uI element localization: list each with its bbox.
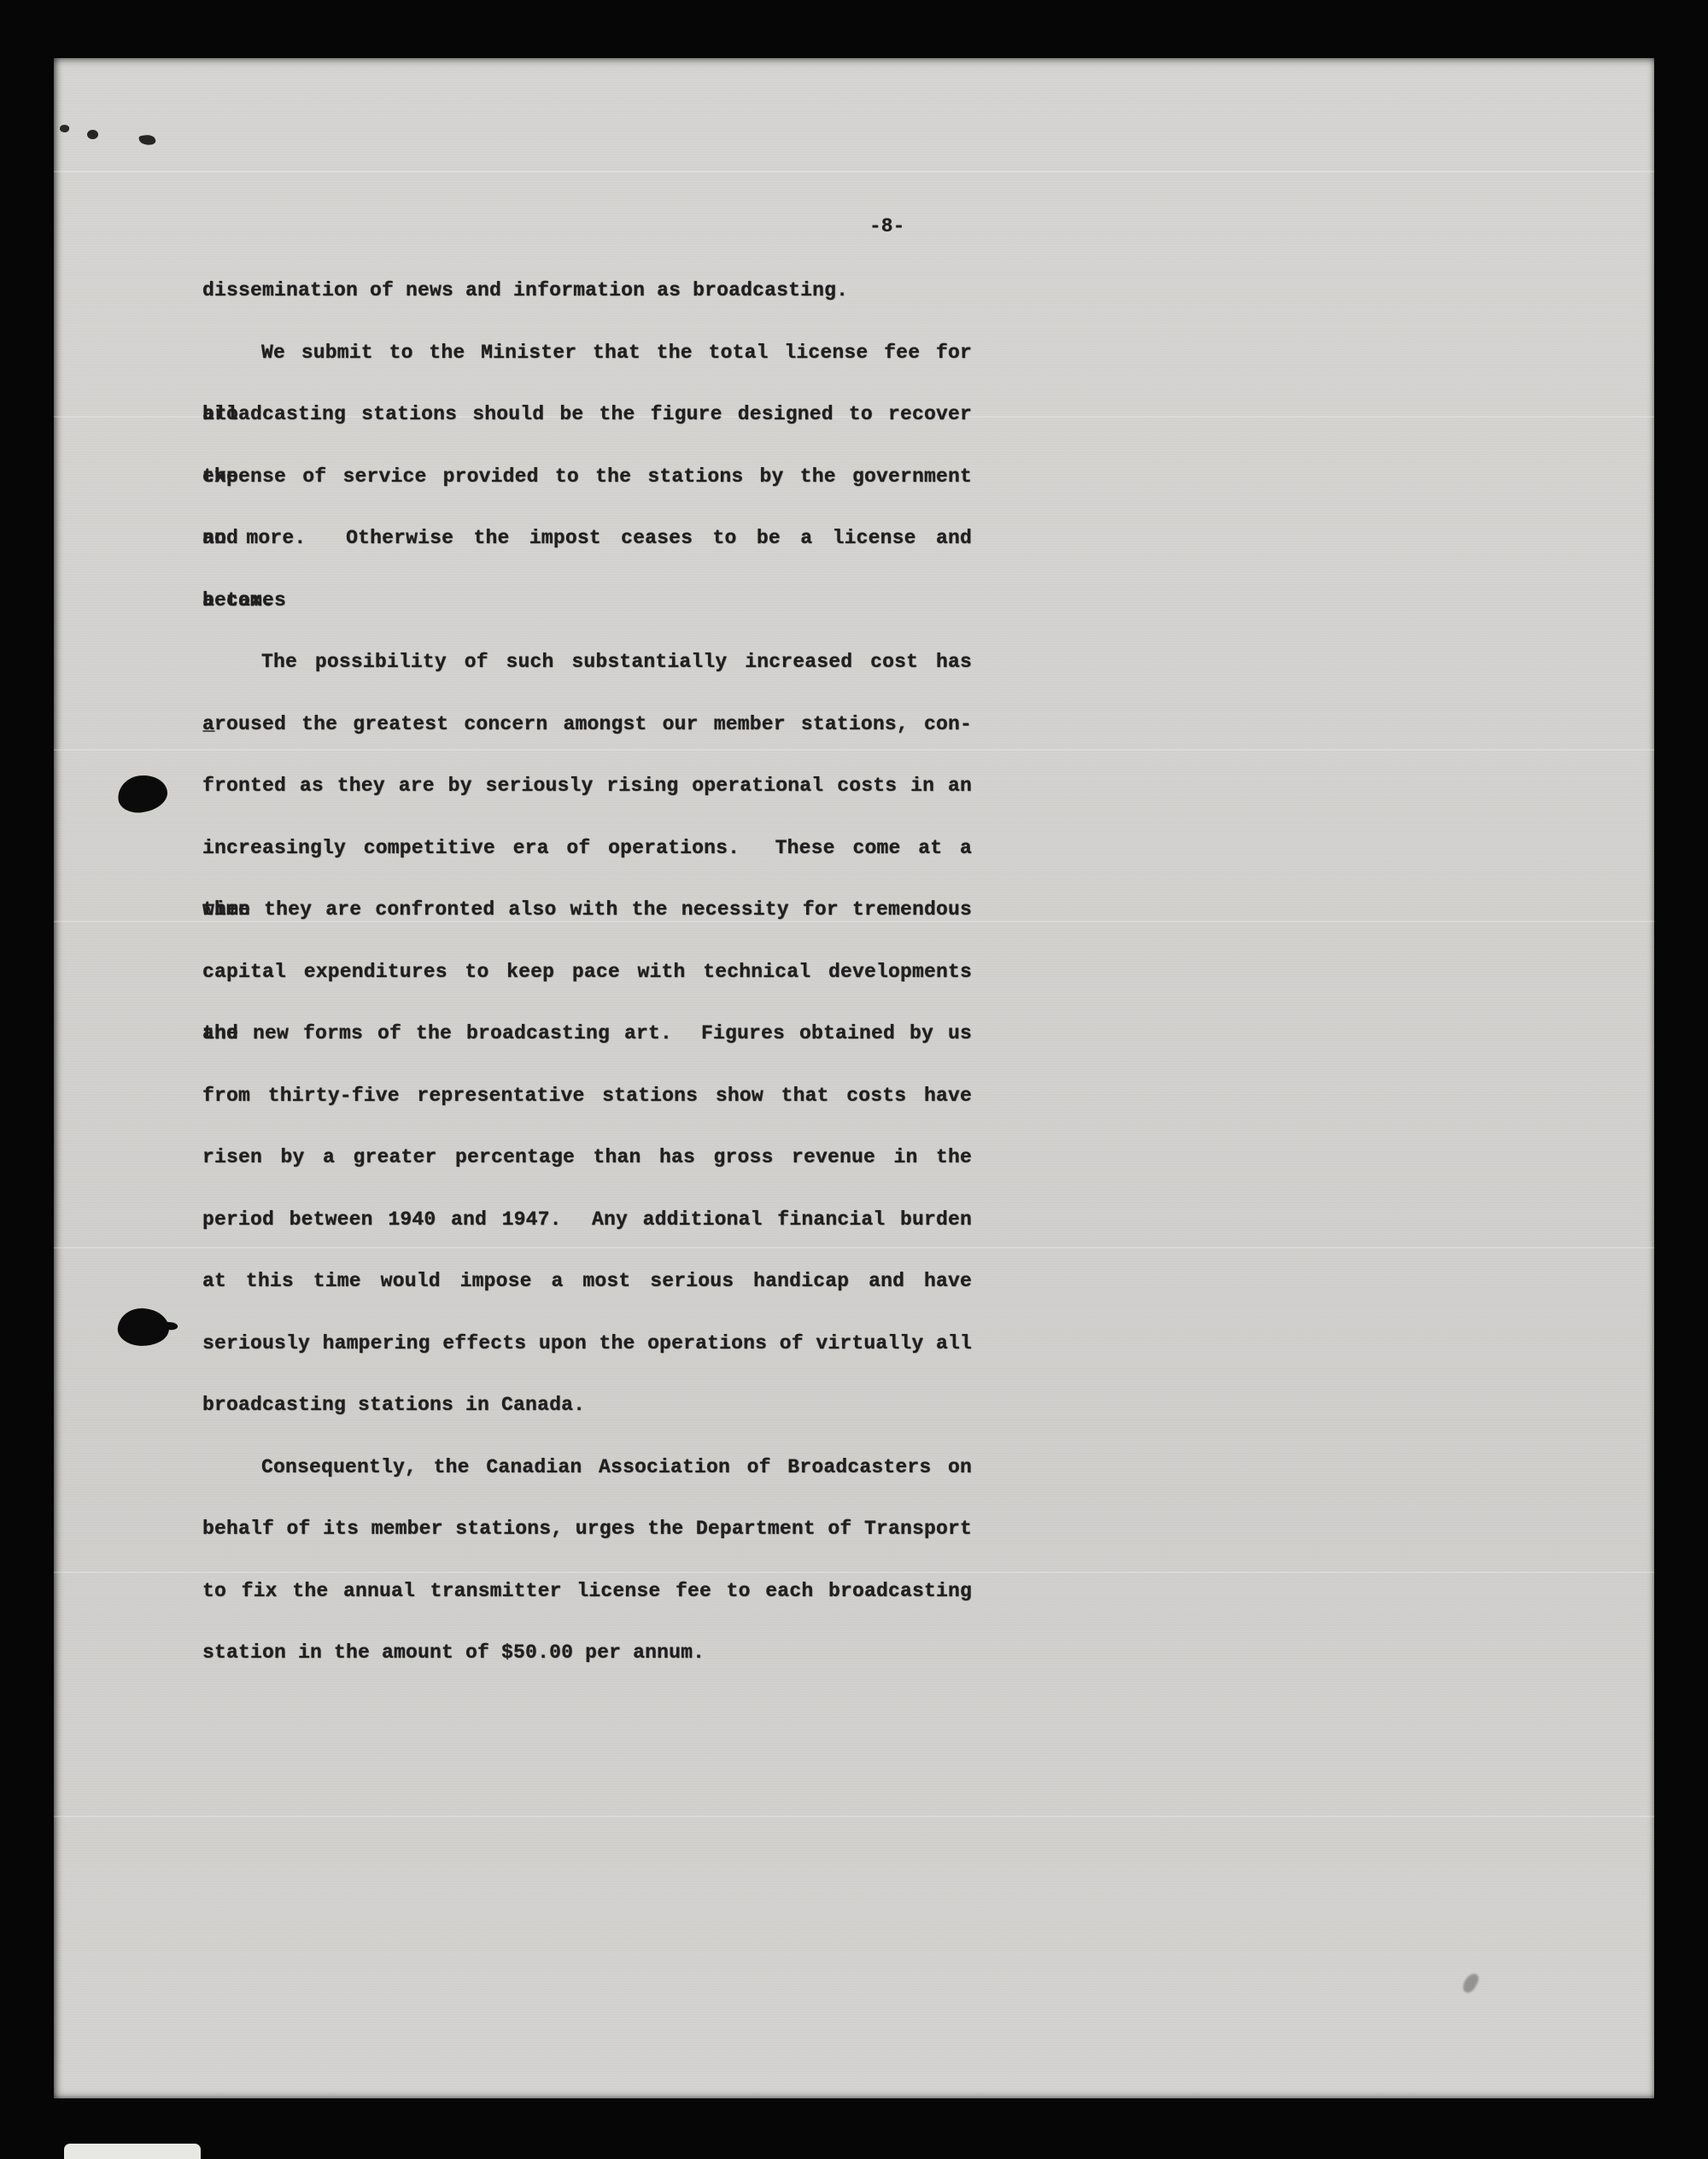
typewritten-line: behalf of its member stations, urges the… (202, 1498, 972, 1560)
typewritten-line: from thirty-five representative stations… (202, 1065, 972, 1127)
page-number: -8- (869, 196, 904, 257)
typewritten-line: seriously hampering effects upon the ope… (202, 1313, 972, 1375)
typewritten-line: fronted as they are by seriously rising … (202, 755, 972, 817)
typewritten-line: station in the amount of $50.00 per annu… (202, 1622, 972, 1684)
typewritten-line: period between 1940 and 1947. Any additi… (202, 1189, 972, 1251)
typewritten-line: at this time would impose a most serious… (202, 1250, 972, 1313)
typewritten-line: expense of service provided to the stati… (202, 446, 972, 508)
typewritten-line: no more. Otherwise the impost ceases to … (202, 507, 972, 570)
ink-blob-lower (117, 1307, 171, 1348)
typewritten-line: increasingly competitive era of operatio… (202, 817, 972, 880)
scan-streak (54, 1816, 1654, 1817)
document-page: -8- dissemination of news and informatio… (54, 58, 1654, 2098)
typewritten-line: capital expenditures to keep pace with t… (202, 941, 972, 1003)
typewritten-line: a̲roused the greatest concern amongst ou… (202, 693, 972, 756)
scan-streak (54, 171, 1654, 173)
typewritten-line: The possibility of such substantially in… (202, 631, 972, 693)
scanned-document-frame: -8- dissemination of news and informatio… (0, 0, 1708, 2159)
pencil-smudge (1460, 1971, 1481, 1995)
typewritten-line: Consequently, the Canadian Association o… (202, 1436, 972, 1499)
typewritten-line: when they are confronted also with the n… (202, 879, 972, 941)
typewritten-line: broadcasting stations in Canada. (202, 1374, 972, 1436)
next-page-edge (64, 2144, 201, 2159)
typewritten-line: a tax. (202, 570, 972, 632)
typewritten-line: dissemination of news and information as… (202, 260, 972, 322)
ink-speck (87, 130, 98, 139)
typewritten-line: the new forms of the broadcasting art. F… (202, 1003, 972, 1065)
typewritten-line: broadcasting stations should be the figu… (202, 383, 972, 446)
document-body-text: dissemination of news and information as… (202, 260, 972, 1684)
ink-speck (138, 134, 155, 147)
typewritten-line: We submit to the Minister that the total… (202, 322, 972, 384)
typewritten-line: to fix the annual transmitter license fe… (202, 1560, 972, 1623)
ink-blob-upper (116, 773, 170, 816)
ink-speck (59, 124, 70, 134)
typewritten-line: risen by a greater percentage than has g… (202, 1126, 972, 1189)
